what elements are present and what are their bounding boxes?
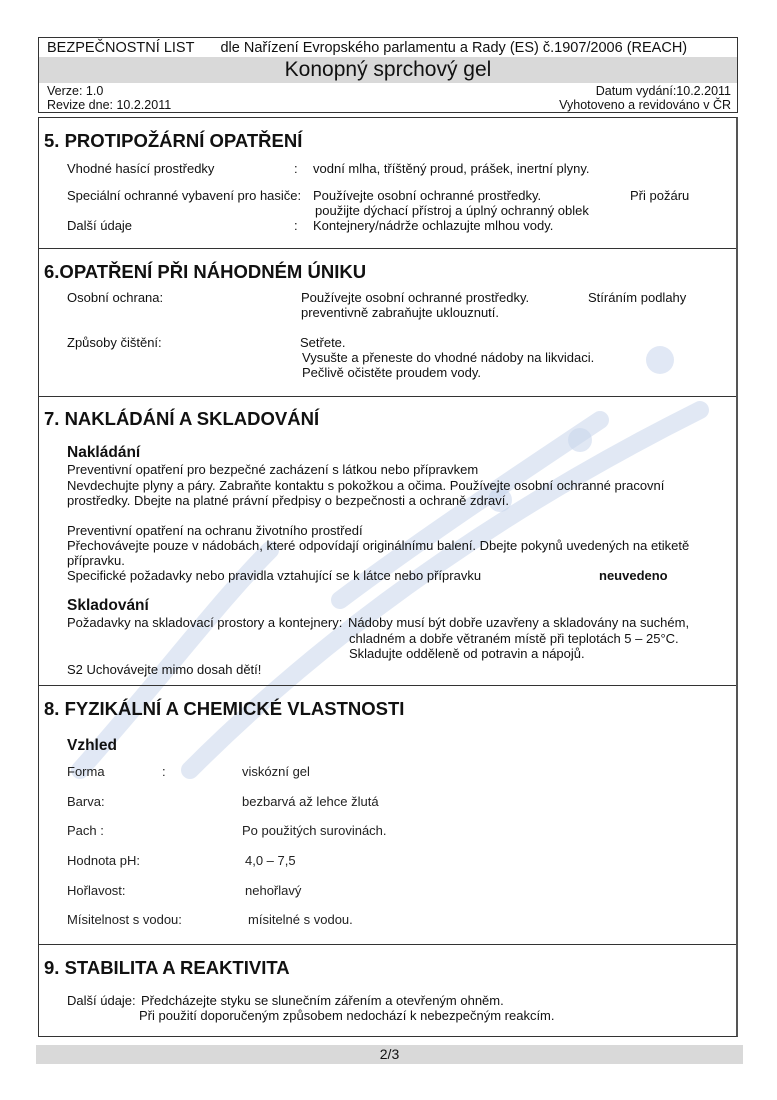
specific-requirements-value: neuvedeno [599,568,668,583]
prepared-note: Vyhotoveno a revidováno v ČR [559,98,731,112]
field-value-line: Vysušte a přeneste do vhodné nádoby na l… [302,350,594,365]
subsection-heading: Vzhled [67,737,117,755]
property-label: Pach : [67,823,104,838]
property-separator: : [162,764,166,779]
field-separator: : [294,161,298,176]
property-value: 4,0 – 7,5 [245,853,296,868]
product-name: Konopný sprchový gel [39,57,737,83]
section-title: 6.OPATŘENÍ PŘI NÁHODNÉM ÚNIKU [44,261,366,283]
property-value: bezbarvá až lehce žlutá [242,794,379,809]
property-value: nehořlavý [245,883,301,898]
field-separator: : [294,218,298,233]
text-line: Nevdechujte plyny a páry. Zabraňte konta… [67,478,664,493]
field-value-right: Stíráním podlahy [588,290,686,305]
field-value: Používejte osobní ochranné prostředky. [301,290,529,305]
text-line: přípravku. [67,553,125,568]
version: Verze: 1.0 [47,84,171,98]
field-value-cont: preventivně zabraňujte uklouznutí. [301,305,499,320]
field-value-line: chladném a dobře větraném místě při tepl… [349,631,679,646]
field-value-cont: použijte dýchací přístroj a úplný ochran… [315,203,589,218]
section-6: 6.OPATŘENÍ PŘI NÁHODNÉM ÚNIKU Osobní och… [39,248,736,397]
page-number: 2/3 [380,1046,399,1062]
property-label: Hořlavost: [67,883,126,898]
field-value: Kontejnery/nádrže ochlazujte mlhou vody. [313,218,553,233]
document-page: BEZPEČNOSTNÍ LIST dle Nařízení Evropskéh… [0,0,777,1100]
safety-phrase: S2 Uchovávejte mimo dosah dětí! [67,662,261,677]
text-line: Preventivní opatření pro bezpečné zacház… [67,462,478,477]
issue-date: Datum vydání:10.2.2011 [559,84,731,98]
property-label: Barva: [67,794,105,809]
field-label: Speciální ochranné vybavení pro hasiče: [67,188,301,203]
field-label: Osobní ochrana: [67,290,163,305]
field-value-line: Předcházejte styku se slunečním zářením … [141,993,504,1008]
field-value-line: Skladujte odděleně od potravin a nápojů. [349,646,585,661]
subsection-heading: Skladování [67,597,149,615]
field-value: vodní mlha, tříštěný proud, prášek, iner… [313,161,590,176]
property-value: mísitelné s vodou. [248,912,353,927]
section-title: 5. PROTIPOŽÁRNÍ OPATŘENÍ [44,130,302,152]
section-title: 9. STABILITA A REAKTIVITA [44,957,290,979]
field-value-line: Nádoby musí být dobře uzavřeny a skladov… [348,615,689,630]
section-5: 5. PROTIPOŽÁRNÍ OPATŘENÍ Vhodné hasící p… [39,118,736,249]
document-header: BEZPEČNOSTNÍ LIST dle Nařízení Evropskéh… [38,37,738,113]
property-value: Po použitých surovinách. [242,823,387,838]
field-value: Používejte osobní ochranné prostředky. [313,188,541,203]
header-meta-right: Datum vydání:10.2.2011 Vyhotoveno a revi… [559,84,731,112]
field-value-right: Při požáru [630,188,689,203]
field-label: Další údaje [67,218,132,233]
section-title: 7. NAKLÁDÁNÍ A SKLADOVÁNÍ [44,408,319,430]
content-frame: 5. PROTIPOŽÁRNÍ OPATŘENÍ Vhodné hasící p… [38,117,738,1037]
header-meta-left: Verze: 1.0 Revize dne: 10.2.2011 [47,84,171,112]
revision-date: Revize dne: 10.2.2011 [47,98,171,112]
page-footer: 2/3 [36,1045,743,1064]
specific-requirements-label: Specifické požadavky nebo pravidla vztah… [67,568,481,583]
doc-type: BEZPEČNOSTNÍ LIST [47,40,194,56]
regulation: dle Nařízení Evropského parlamentu a Rad… [220,40,687,56]
property-label: Hodnota pH: [67,853,140,868]
text-line: Preventivní opatření na ochranu životníh… [67,523,363,538]
text-line: Přechovávejte pouze v nádobách, které od… [67,538,689,553]
property-value: viskózní gel [242,764,310,779]
field-value-line: Při použití doporučeným způsobem nedochá… [139,1008,555,1023]
section-7: 7. NAKLÁDÁNÍ A SKLADOVÁNÍ Nakládání Prev… [39,396,736,686]
section-9: 9. STABILITA A REAKTIVITA Další údaje: P… [39,944,736,1036]
section-title: 8. FYZIKÁLNÍ A CHEMICKÉ VLASTNOSTI [44,698,404,720]
subsection-heading: Nakládání [67,444,140,462]
field-label: Způsoby čištění: [67,335,162,350]
field-value-line: Setřete. [300,335,346,350]
field-label: Vhodné hasící prostředky [67,161,214,176]
text-line: prostředky. Dbejte na platné právní před… [67,493,509,508]
field-label: Další údaje: [67,993,136,1008]
property-label: Forma [67,764,105,779]
section-8: 8. FYZIKÁLNÍ A CHEMICKÉ VLASTNOSTI Vzhle… [39,685,736,945]
header-top-line: BEZPEČNOSTNÍ LIST dle Nařízení Evropskéh… [47,40,687,56]
property-label: Mísitelnost s vodou: [67,912,182,927]
field-value-line: Pečlivě očistěte proudem vody. [302,365,481,380]
field-label: Požadavky na skladovací prostory a konte… [67,615,342,630]
